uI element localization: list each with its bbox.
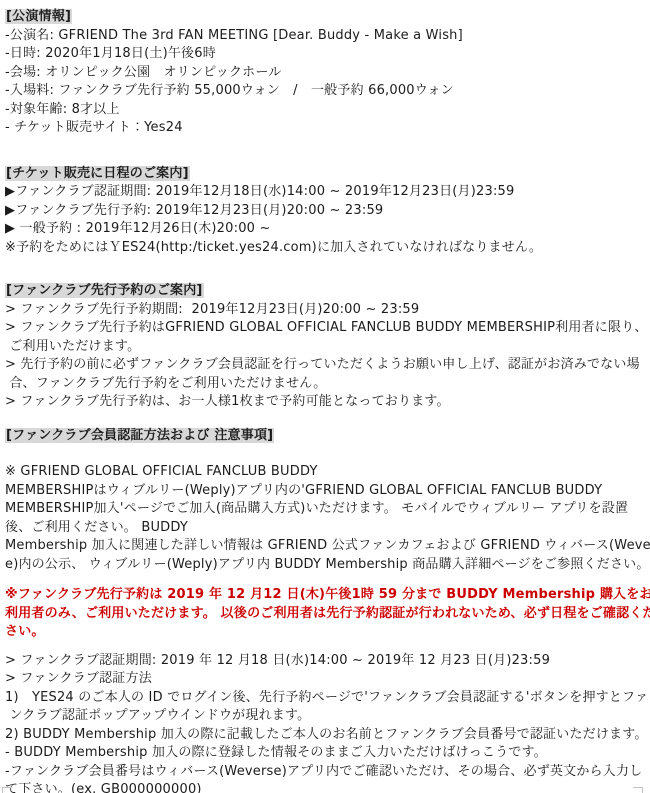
fanclub-presale-title-text: [ファンクラブ先行予約のご案内] bbox=[5, 283, 204, 298]
presale-membership-line: > ファンクラブ先行予約はGFRIEND GLOBAL OFFICIAL FAN… bbox=[5, 319, 648, 338]
performance-name-line: -公演名: GFRIEND The 3rd FAN MEETING [Dear.… bbox=[5, 27, 648, 46]
auth-step1-line-cont: ンクラブ認証ポップアップウインドウが現れます。 bbox=[5, 707, 648, 726]
auth-period-line: > ファンクラブ認証期間: 2019 年 12 月18 日(水)14:00 ~ … bbox=[5, 652, 648, 671]
membership-info-line: Membership 加入に関連した詳しい情報は GFRIEND 公式ファンカフ… bbox=[5, 537, 648, 556]
warning-line: ※ファンクラブ先行予約は 2019 年 12 月12 日(木)午後1時 59 分… bbox=[5, 586, 648, 605]
presale-auth-required-line: > 先行予約の前に必ずファンクラブ会員認証を行っていただくようお願い申し上げ、認… bbox=[5, 356, 648, 375]
performance-info-title: [公演情報] bbox=[5, 8, 648, 27]
ticket-schedule-title: [チケット販売に日程のご案内] bbox=[5, 165, 648, 184]
performance-date-line: -日時: 2020年1月18日(土)午後6時 bbox=[5, 45, 648, 64]
membership-info-paragraph: ※ GFRIEND GLOBAL OFFICIAL FANCLUB BUDDY … bbox=[5, 463, 648, 574]
membership-info-line: ※ GFRIEND GLOBAL OFFICIAL FANCLUB BUDDY bbox=[5, 463, 648, 482]
yes24-note-line: ※予約をためにはＹES24(http:/ticket.yes24.com)に加入… bbox=[5, 239, 648, 258]
partial-table-border-left bbox=[2, 787, 12, 793]
auth-method-label-line: > ファンクラブ認証方法 bbox=[5, 670, 648, 689]
partial-table-border-right bbox=[633, 787, 643, 793]
notice-document: [公演情報] -公演名: GFRIEND The 3rd FAN MEETING… bbox=[0, 0, 650, 793]
section-fanclub-presale: [ファンクラブ先行予約のご案内] > ファンクラブ先行予約期間: 2019年12… bbox=[5, 282, 648, 412]
performance-info-title-text: [公演情報] bbox=[5, 9, 72, 24]
membership-info-line: 後、ご利用ください。 BUDDY bbox=[5, 519, 648, 538]
membership-info-line: MEMBERSHIPはウィブルリー(Weply)アプリ内の'GFRIEND GL… bbox=[5, 482, 648, 501]
auth-method-title-text: [ファンクラブ会員認証方法および 注意事項] bbox=[5, 428, 274, 443]
presale-deadline-warning: ※ファンクラブ先行予約は 2019 年 12 月12 日(木)午後1時 59 分… bbox=[5, 586, 648, 642]
auth-step1-line: 1) YES24 のご本人の ID でログイン後、先行予約ページで'ファンクラブ… bbox=[5, 689, 648, 708]
section-performance-info: [公演情報] -公演名: GFRIEND The 3rd FAN MEETING… bbox=[5, 8, 648, 138]
fanclub-auth-period-line: ▶ファンクラブ認証期間: 2019年12月18日(水)14:00 ~ 2019年… bbox=[5, 183, 648, 202]
general-sale-period-line: ▶ 一般予約 : 2019年12月26日(木)20:00 ~ bbox=[5, 220, 648, 239]
auth-member-number-line: -ファンクラブ会員番号はウィバース(Weverse)アプリ内でご確認いただけ、そ… bbox=[5, 763, 648, 782]
membership-info-line: e)内の公示、 ウィブルリー(Weply)アプリ内 BUDDY Membersh… bbox=[5, 556, 648, 575]
presale-membership-line-cont: ご利用いただけます。 bbox=[5, 338, 648, 357]
auth-method-title: [ファンクラブ会員認証方法および 注意事項] bbox=[5, 427, 648, 446]
ticket-schedule-title-text: [チケット販売に日程のご案内] bbox=[5, 166, 190, 181]
fanclub-presale-title: [ファンクラブ先行予約のご案内] bbox=[5, 282, 648, 301]
warning-line: さい。 bbox=[5, 623, 648, 642]
performance-price-line: -入場料: ファンクラブ先行予約 55,000ウォン / 一般予約 66,000… bbox=[5, 82, 648, 101]
auth-step2-line: 2) BUDDY Membership 加入の際に記載したご本人のお名前とファン… bbox=[5, 726, 648, 745]
performance-age-line: -対象年齢: 8才以上 bbox=[5, 101, 648, 120]
presale-auth-required-line-cont: 合、ファンクラブ先行予約をご利用いただけません。 bbox=[5, 375, 648, 394]
performance-ticket-site-line: - チケット販売サイト：Yes24 bbox=[5, 119, 648, 138]
warning-line: 利用者のみ、ご利用いただけます。 以後のご利用者は先行予約認証が行われないため、… bbox=[5, 605, 648, 624]
section-ticket-schedule: [チケット販売に日程のご案内] ▶ファンクラブ認証期間: 2019年12月18日… bbox=[5, 165, 648, 258]
presale-period-line: > ファンクラブ先行予約期間: 2019年12月23日(月)20:00 ~ 23… bbox=[5, 301, 648, 320]
fanclub-presale-period-line: ▶ファンクラブ先行予約: 2019年12月23日(月)20:00 ~ 23:59 bbox=[5, 202, 648, 221]
performance-venue-line: -会場: オリンピック公園 オリンピックホール bbox=[5, 64, 648, 83]
auth-note-info-line: - BUDDY Membership 加入の際に登録した情報そのままご入力いただ… bbox=[5, 744, 648, 763]
section-auth-method: [ファンクラブ会員認証方法および 注意事項] ※ GFRIEND GLOBAL … bbox=[5, 427, 648, 793]
auth-member-number-line-cont: て下さい。(ex. GB000000000) bbox=[5, 781, 648, 793]
auth-steps: > ファンクラブ認証期間: 2019 年 12 月18 日(水)14:00 ~ … bbox=[5, 652, 648, 793]
membership-info-line: MEMBERSHIP加入'ページでご加入(商品購入方式)いただけます。 モバイル… bbox=[5, 500, 648, 519]
presale-ticket-limit-line: > ファンクラブ先行予約は、お一人様1枚まで予約可能となっております。 bbox=[5, 393, 648, 412]
